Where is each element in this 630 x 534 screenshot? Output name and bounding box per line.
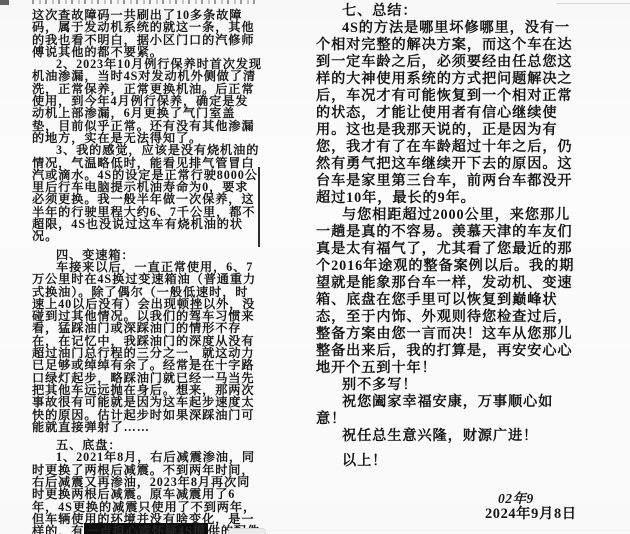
text-line: 台车是家里第三台车，前两台车都没开: [316, 173, 582, 190]
left-page-lines: 这次查故障码一共刷出了10多条故障码，属于发动机系统的就这一条，其他的我也看不明…: [32, 9, 262, 525]
text-line: 祝您阖家幸福安康，万事顺心如: [316, 394, 582, 411]
text-line: 时更换两根后减震。原车减震用了6: [32, 488, 262, 500]
text-line: 快的原因。估计起步时如果深踩油门可: [32, 409, 262, 421]
text-line: 样的大神使用系统的方式把问题解决之: [316, 71, 582, 88]
text-line: 个2016年途观的整备案例以后。我的期: [316, 258, 582, 275]
text-line: 已足够或绰绰有余了。经常是在十字路: [32, 359, 262, 371]
date-text: 2024年9月8日: [316, 506, 582, 522]
text-line: 万公里时在4S换过变速箱油（普通重力: [32, 273, 262, 285]
text-line: 超过10年，最长的9年。: [316, 190, 582, 207]
text-line: 以上！: [316, 453, 582, 470]
text-line: 个相对完整的解决方案，而这个车在达: [316, 37, 582, 54]
text-line: 祝任总生意兴隆，财源广进！: [316, 428, 582, 445]
text-line: 地开个五到十年！: [316, 360, 582, 377]
right-page-column: 七、总结：4S的方法是哪里坏修哪里，没有一个相对完整的解决方案，而这个车在达到一…: [316, 3, 582, 522]
text-line: 况。: [32, 230, 262, 242]
text-line: 一趟是真的不容易。羡慕天津的车友们: [316, 224, 582, 241]
text-line: 情况，气温略低时，能看见排气管冒白: [32, 157, 262, 169]
bottom-edge-line: [264, 530, 630, 531]
text-line: 整备出来后，我的打算是，再安安心心: [316, 343, 582, 360]
text-line: 动机上部渗漏，6月更换了气门室盖: [32, 107, 262, 119]
text-line: 看，猛踩油门或深踩油门的情形不存: [32, 322, 262, 334]
text-line: 别不多写！: [316, 377, 582, 394]
text-line: 码，属于发动机系统的就这一条，其他: [32, 21, 262, 33]
text-line: 您，我才有了在车龄超过十年之后，仍: [316, 139, 582, 156]
text-line: 整备方案由您一言而决！这车从您那儿: [316, 326, 582, 343]
text-line: 箱、底盘在您手里可以恢复到巅峰状: [316, 292, 582, 309]
text-line: 态，至于内饰、外观则待您检查过后，: [316, 309, 582, 326]
text-line: 4S的方法是哪里坏修哪里，没有一: [316, 20, 582, 37]
text-line: 意！: [316, 411, 582, 428]
redacted-line-prefix: 样的，有: [32, 524, 84, 534]
text-line: 用。这也是我那天说的，正是因为有: [316, 122, 582, 139]
signature-block: 02年9 2024年9月8日: [316, 491, 582, 522]
signature-text: 02年9: [316, 491, 582, 506]
text-line: 后，车况才有可能恢复到一个相对正常: [316, 88, 582, 105]
text-line: 机油渗漏，当时4S对发动机外侧做了清: [32, 70, 262, 82]
document-photo: 这次查故障码一共刷出了10多条故障码，属于发动机系统的就这一条，其他的我也看不明…: [0, 0, 630, 534]
text-line: 能就直接弹射了……: [32, 421, 262, 433]
clipped-top-text-line: [32, 0, 258, 4]
corner-smudge-artifact: [0, 0, 9, 5]
text-line: 事故很有可能就是因为这车起步速度太: [32, 396, 262, 408]
text-line: 七、总结：: [316, 3, 582, 20]
left-page-column: 这次查故障码一共刷出了10多条故障码，属于发动机系统的就这一条，其他的我也看不明…: [32, 9, 262, 534]
text-line: 必须更换。我一般半年做一次保养，这: [32, 193, 262, 205]
text-line: 3、我的感觉，应该是没有烧机油的: [32, 144, 262, 156]
text-line: 1、2021年8月，右后减震渗油，同: [32, 451, 262, 463]
text-line: 式换油）。除了偶尔（一般低速时，时: [32, 286, 262, 298]
text-line: 的状态，才能让使用者有信心继续使: [316, 105, 582, 122]
text-line: 与您相距超过2000公里，来您那儿: [316, 207, 582, 224]
bottom-tab-artifact: [228, 528, 266, 534]
text-line: 真是太有福气了，尤其看了您最近的那: [316, 241, 582, 258]
right-page-lines: 七、总结：4S的方法是哪里坏修哪里，没有一个相对完整的解决方案，而这个车在达到一…: [316, 3, 582, 470]
text-line: 超限，4S也没说过这车有烧机油的状: [32, 218, 262, 230]
text-line: 然有勇气把这车继续开下去的原因。这: [316, 156, 582, 173]
redaction-bar: 一点担心或怀疑4S提: [84, 523, 207, 534]
text-line: 到一定车龄之后，必须要经由任总您这: [316, 54, 582, 71]
text-line: 望就是能象那台车一样，发动机、变速: [316, 275, 582, 292]
